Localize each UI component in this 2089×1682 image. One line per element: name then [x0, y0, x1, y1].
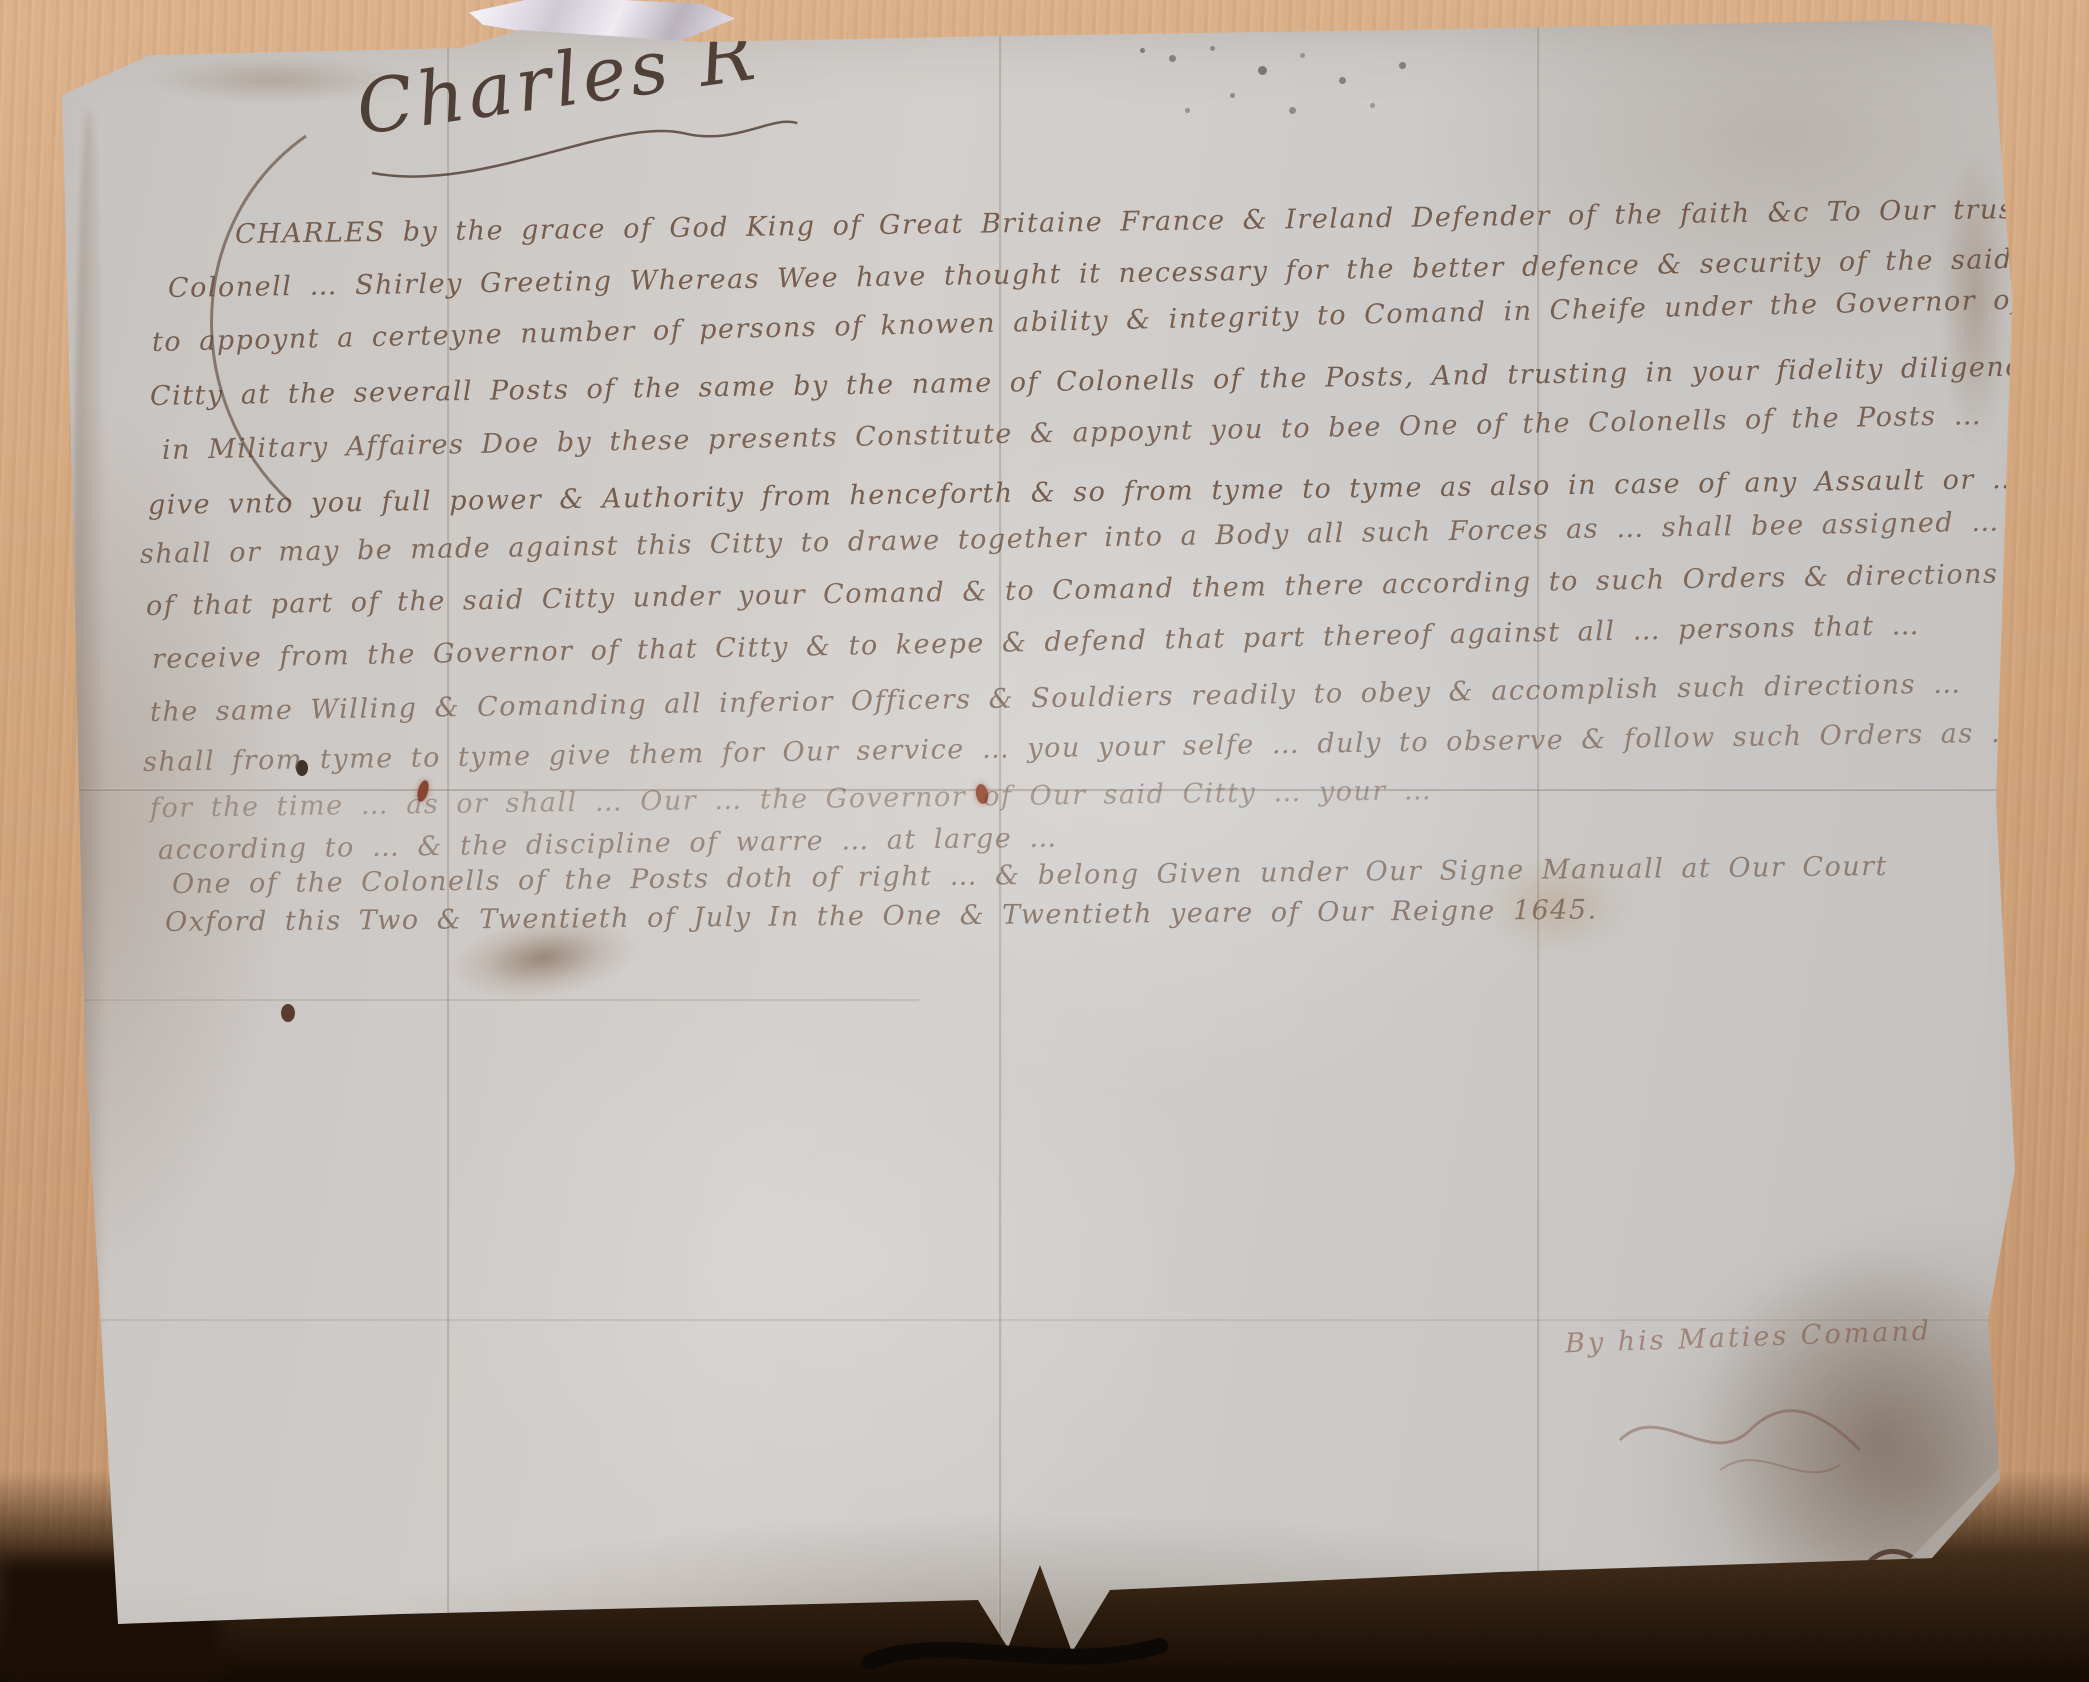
cable-on-desk — [860, 1618, 1180, 1682]
parchment-document: Charles R CHARLES by the grace of God Ki… — [0, 0, 2089, 1682]
paper-edge-shading — [0, 0, 2089, 1682]
photograph-of-manuscript: Charles R CHARLES by the grace of God Ki… — [0, 0, 2089, 1682]
